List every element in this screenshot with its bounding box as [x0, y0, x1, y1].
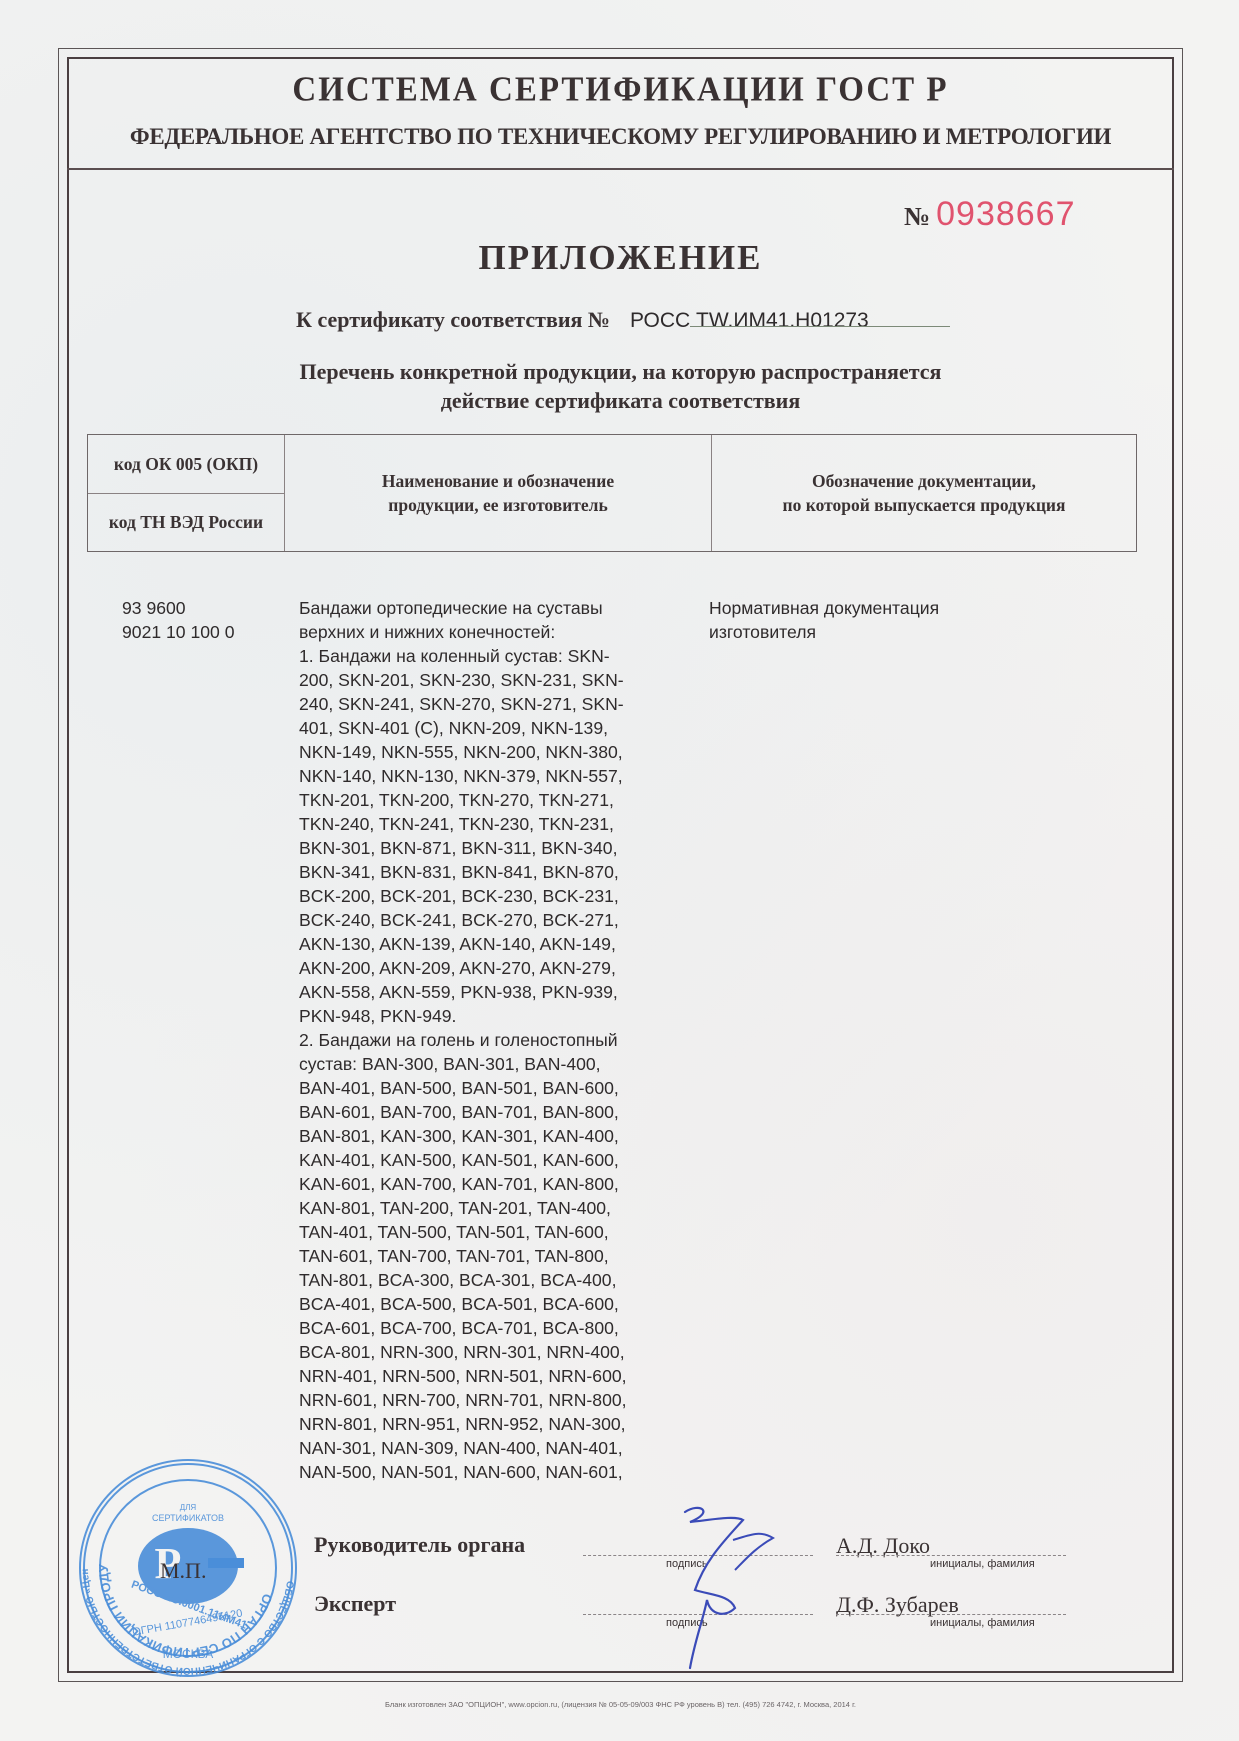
product-line: TAN-401, TAN-500, TAN-501, TAN-600,: [299, 1220, 699, 1244]
code-okp: 93 9600: [122, 596, 235, 620]
expert-label: Эксперт: [314, 1591, 396, 1617]
agency-name: ФЕДЕРАЛЬНОЕ АГЕНТСТВО ПО ТЕХНИЧЕСКОМУ РЕ…: [67, 124, 1174, 150]
product-line: BAN-801, KAN-300, KAN-301, KAN-400,: [299, 1124, 699, 1148]
product-line: 1. Бандажи на коленный сустав: SKN-: [299, 644, 699, 668]
stamp-top-small-2: СЕРТИФИКАТОВ: [152, 1513, 224, 1523]
table-header: код ОК 005 (ОКП) код ТН ВЭД России Наиме…: [87, 434, 1137, 552]
product-line: AKN-200, AKN-209, AKN-270, AKN-279,: [299, 956, 699, 980]
seal-label: М.П.: [160, 1558, 206, 1584]
product-line: BCA-401, BCA-500, BCA-501, BCA-600,: [299, 1292, 699, 1316]
product-line: KAN-401, KAN-500, KAN-501, KAN-600,: [299, 1148, 699, 1172]
header-codes-column: код ОК 005 (ОКП) код ТН ВЭД России: [88, 435, 285, 551]
certificate-underline: [690, 326, 950, 327]
expert-name-line: [836, 1614, 1066, 1615]
list-title-line1: Перечень конкретной продукции, на котору…: [67, 357, 1174, 386]
product-line: BAN-601, BAN-700, BAN-701, BAN-800,: [299, 1100, 699, 1124]
expert-name-caption: инициалы, фамилия: [930, 1617, 1035, 1629]
header-product-line2: продукции, ее изготовитель: [382, 493, 614, 517]
product-line: 2. Бандажи на голень и голеностопный: [299, 1028, 699, 1052]
docs-line1: Нормативная документация: [709, 596, 1009, 620]
header-docs-line2: по которой выпускается продукция: [783, 493, 1066, 517]
product-line: NRN-401, NRN-500, NRN-501, NRN-600,: [299, 1364, 699, 1388]
product-line: NAN-500, NAN-501, NAN-600, NAN-601,: [299, 1460, 699, 1484]
product-line: 200, SKN-201, SKN-230, SKN-231, SKN-: [299, 668, 699, 692]
row-codes: 93 9600 9021 10 100 0: [122, 596, 235, 644]
blank-serial: 0938667: [936, 195, 1075, 233]
product-line: TKN-201, TKN-200, TKN-270, TKN-271,: [299, 788, 699, 812]
head-name-line: [836, 1555, 1066, 1556]
product-line: NRN-601, NRN-700, NRN-701, NRN-800,: [299, 1388, 699, 1412]
product-line: TKN-240, TKN-241, TKN-230, TKN-231,: [299, 812, 699, 836]
product-line: TAN-601, TAN-700, TAN-701, TAN-800,: [299, 1244, 699, 1268]
header-docs-line1: Обозначение документации,: [783, 469, 1066, 493]
product-line: BKN-301, BKN-871, BKN-311, BKN-340,: [299, 836, 699, 860]
stamp-city: МОСКВА: [163, 1647, 214, 1661]
product-line: NRN-801, NRN-951, NRN-952, NAN-300,: [299, 1412, 699, 1436]
product-line: NKN-149, NKN-555, NKN-200, NKN-380,: [299, 740, 699, 764]
product-line: 240, SKN-241, SKN-270, SKN-271, SKN-: [299, 692, 699, 716]
certificate-reference: К сертификату соответствия №РОСС TW.ИМ41…: [296, 307, 869, 333]
product-line: PKN-948, PKN-949.: [299, 1004, 699, 1028]
certificate-label: К сертификату соответствия №: [296, 307, 610, 332]
product-line: BCK-200, BCK-201, BCK-230, BCK-231,: [299, 884, 699, 908]
appendix-title: ПРИЛОЖЕНИЕ: [67, 238, 1174, 278]
head-label: Руководитель органа: [314, 1532, 525, 1558]
header-code-okp: код ОК 005 (ОКП): [88, 435, 284, 494]
product-line: 401, SKN-401 (C), NKN-209, NKN-139,: [299, 716, 699, 740]
header-divider: [67, 168, 1174, 170]
system-title: СИСТЕМА СЕРТИФИКАЦИИ ГОСТ Р: [67, 71, 1174, 110]
head-name-caption: инициалы, фамилия: [930, 1558, 1035, 1570]
product-line: AKN-558, AKN-559, PKN-938, PKN-939,: [299, 980, 699, 1004]
docs-line2: изготовителя: [709, 620, 1009, 644]
number-sign: №: [904, 202, 930, 231]
certificate-number: РОСС TW.ИМ41.Н01273: [630, 309, 869, 332]
footer-note: Бланк изготовлен ЗАО "ОПЦИОН", www.opcio…: [67, 1700, 1174, 1709]
product-line: сустав: BAN-300, BAN-301, BAN-400,: [299, 1052, 699, 1076]
product-line: BKN-341, BKN-831, BKN-841, BKN-870,: [299, 860, 699, 884]
product-line: NKN-140, NKN-130, NKN-379, NKN-557,: [299, 764, 699, 788]
product-description: Бандажи ортопедические на суставыверхних…: [299, 596, 699, 1484]
header-product-column: Наименование и обозначение продукции, ее…: [285, 435, 712, 551]
product-line: AKN-130, AKN-139, AKN-140, AKN-149,: [299, 932, 699, 956]
row-documentation: Нормативная документация изготовителя: [709, 596, 1009, 644]
product-line: BAN-401, BAN-500, BAN-501, BAN-600,: [299, 1076, 699, 1100]
blank-number: №0938667: [904, 195, 1076, 234]
header-docs-column: Обозначение документации, по которой вып…: [712, 435, 1136, 551]
list-title-line2: действие сертификата соответствия: [67, 386, 1174, 415]
list-title: Перечень конкретной продукции, на котору…: [67, 357, 1174, 415]
code-tnved: 9021 10 100 0: [122, 620, 235, 644]
stamp-top-small: ДЛЯ: [180, 1503, 197, 1512]
header-code-tnved: код ТН ВЭД России: [88, 494, 284, 552]
product-line: верхних и нижних конечностей:: [299, 620, 699, 644]
product-line: KAN-601, KAN-700, KAN-701, KAN-800,: [299, 1172, 699, 1196]
product-line: BCA-801, NRN-300, NRN-301, NRN-400,: [299, 1340, 699, 1364]
product-line: KAN-801, TAN-200, TAN-201, TAN-400,: [299, 1196, 699, 1220]
product-line: NAN-301, NAN-309, NAN-400, NAN-401,: [299, 1436, 699, 1460]
product-line: TAN-801, BCA-300, BCA-301, BCA-400,: [299, 1268, 699, 1292]
product-line: BCK-240, BCK-241, BCK-270, BCK-271,: [299, 908, 699, 932]
header-product-line1: Наименование и обозначение: [382, 469, 614, 493]
product-line: BCA-601, BCA-700, BCA-701, BCA-800,: [299, 1316, 699, 1340]
product-line: Бандажи ортопедические на суставы: [299, 596, 699, 620]
handwritten-signature-icon: [655, 1500, 815, 1670]
